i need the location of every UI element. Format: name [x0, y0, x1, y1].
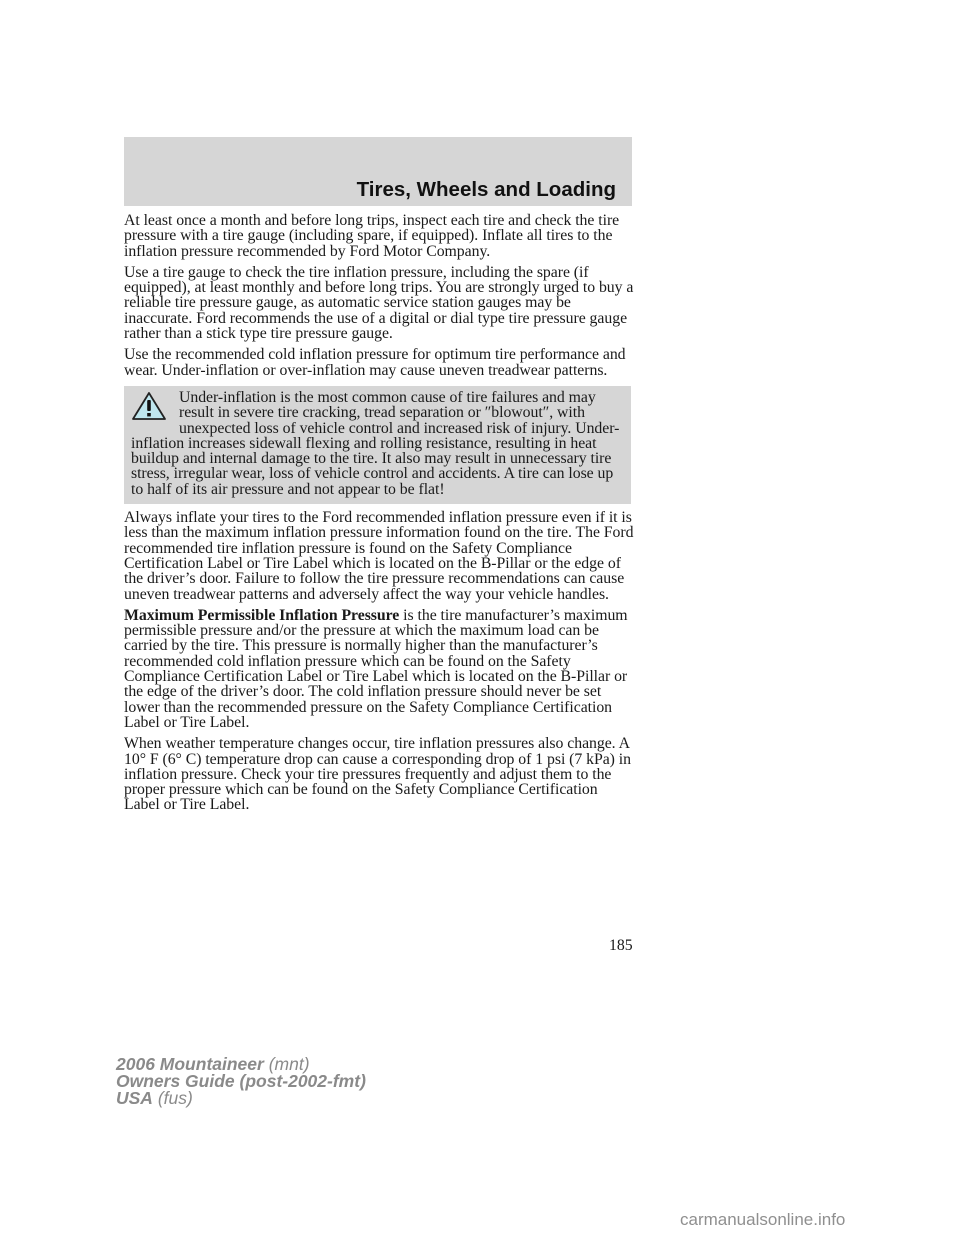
paragraph-tire-gauge: Use a tire gauge to check the tire infla… [124, 265, 634, 341]
warning-triangle-icon [131, 391, 167, 421]
page-number: 185 [609, 937, 633, 955]
warning-box: Under-inflation is the most common cause… [124, 386, 631, 504]
definition-text: is the tire manufacturer’s maximum permi… [124, 607, 628, 731]
warning-text: Under-inflation is the most common cause… [131, 390, 623, 497]
document-footer: 2006 Mountaineer (mnt) Owners Guide (pos… [116, 1056, 366, 1107]
paragraph-monthly-inspection: At least once a month and before long tr… [124, 213, 634, 259]
footer-line-market: USA (fus) [116, 1090, 366, 1107]
page-content: At least once a month and before long tr… [124, 213, 634, 819]
paragraph-always-inflate: Always inflate your tires to the Ford re… [124, 510, 634, 602]
section-header-band: Tires, Wheels and Loading [124, 137, 632, 206]
paragraph-temperature-changes: When weather temperature changes occur, … [124, 736, 634, 812]
paragraph-max-permissible-pressure: Maximum Permissible Inflation Pressure i… [124, 608, 634, 730]
paragraph-cold-inflation: Use the recommended cold inflation press… [124, 347, 634, 378]
watermark: carmanualsonline.info [680, 1210, 845, 1230]
footer-market-code: (fus) [158, 1088, 193, 1108]
footer-market: USA [116, 1088, 153, 1108]
section-title: Tires, Wheels and Loading [357, 178, 616, 202]
